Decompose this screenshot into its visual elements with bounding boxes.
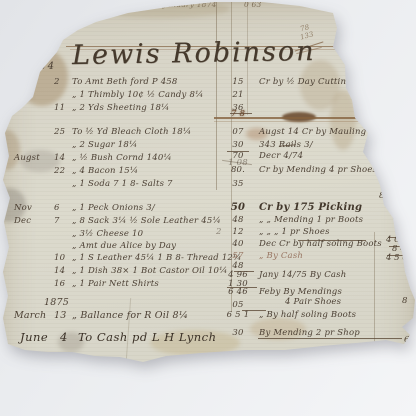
entry-month — [14, 104, 54, 113]
ledger-entry: Dec7„ 8 Sack 3¼ ½ Sole Leather 45¼ — [14, 217, 221, 226]
faint-top-note: To Ballance Recd January 1874 — [92, 1, 217, 9]
credit-description: „ By half soling Boots — [259, 311, 356, 320]
entry-day: 10 — [54, 254, 72, 263]
ledger-entry: „ 1 Thimbly 10¢ ½ Candy 8¼ — [14, 91, 204, 100]
ledger-entry: 14„ 1 Dish 38× 1 Bot Castor Oil 10¼ — [14, 267, 228, 276]
margin-amount: 2 — [408, 266, 413, 276]
entry-month — [14, 242, 54, 251]
entry-day: 6 — [54, 204, 72, 213]
margin-amount: 4 5 6 — [386, 253, 408, 263]
margin-amount: 35 — [397, 224, 408, 234]
ledger-year: 1874 — [28, 62, 54, 72]
entry-day: 14 — [54, 154, 72, 163]
entry-month: Augst — [14, 154, 54, 163]
entry-description: „ 1 Thimbly 10¢ ½ Candy 8¼ — [72, 91, 204, 100]
entry-description: „ 2 Yds Sheeting 18¼ — [72, 104, 170, 113]
margin-amount: 6 — [404, 335, 409, 345]
entry-description: „ 8 Sack 3¼ ½ Sole Leather 45¼ — [72, 217, 221, 226]
credit-entry: 6 5 1„ By half soling Boots — [221, 311, 356, 320]
credit-description: „ By Cash — [259, 252, 303, 261]
crease-line — [126, 298, 131, 360]
stain — [330, 90, 356, 150]
ledger-entry: 1875 — [14, 298, 102, 308]
credit-description: Jany 14/75 By Cash — [259, 271, 346, 280]
credit-amount: 21 — [221, 91, 255, 100]
entry-description: „ ½ Bush Cornd 140¼ — [72, 154, 172, 163]
credit-amount: 30 — [221, 141, 255, 150]
entry-day: 4 — [60, 332, 78, 344]
credit-entry: 07Augst 14 Cr by Mauling — [221, 128, 366, 137]
entry-month: 1875 — [44, 298, 84, 308]
credit-amount: 6 46 — [221, 288, 255, 297]
entry-day — [54, 180, 72, 189]
credit-amount: 12 — [221, 228, 255, 237]
credit-amount: 05 — [221, 301, 255, 310]
entry-description: „ 1 Dish 38× 1 Bot Castor Oil 10¼ — [72, 267, 228, 276]
credit-description: Decr 4/74 — [259, 152, 303, 161]
credit-amount: 35 — [221, 180, 255, 189]
entry-day: 16 — [54, 280, 72, 289]
entry-month: Nov — [14, 204, 54, 213]
entry-month — [14, 180, 54, 189]
credit-amount: 40 — [221, 240, 255, 249]
entry-day — [54, 141, 72, 150]
entry-month: June — [20, 332, 60, 344]
entry-description: „ 1 Pair Nett Shirts — [72, 280, 159, 289]
credit-amount: 15 — [221, 78, 255, 87]
faint-top-amount: 0 63 — [244, 1, 262, 9]
entry-month: Dec — [14, 217, 54, 226]
margin-amount: 35 — [393, 212, 404, 222]
entry-description: To Cash pd L H Lynch — [78, 332, 217, 344]
credit-entry: 57„ By Cash — [221, 252, 303, 261]
credit-entry: 21 — [221, 91, 259, 100]
ledger-entry: „ Amt due Alice by Day — [14, 242, 176, 251]
entry-day: 14 — [54, 267, 72, 276]
entry-day: 25 — [54, 128, 72, 137]
ledger-entry: „ 3½ Cheese 10 — [14, 230, 143, 239]
entry-day: 7 — [54, 217, 72, 226]
entry-month: March — [14, 311, 54, 321]
credit-amount: 48 — [221, 216, 255, 225]
entry-day — [84, 298, 102, 308]
credit-entry: 30343 Rails 3/ — [221, 141, 313, 150]
credit-description: „ „ Mending 1 pr Boots — [259, 216, 363, 225]
credit-entry: 7 8 — [221, 110, 259, 119]
column-rule — [216, 0, 217, 190]
entry-month — [14, 254, 54, 263]
entry-day: 11 — [54, 104, 72, 113]
credit-description: Dec Cr by half soling Boots — [259, 240, 382, 249]
photo-of-ledger: To Ballance Recd January 1874 0 63 78 13… — [0, 0, 416, 416]
credit-amount: 50 — [221, 203, 255, 213]
credit-entry: 50Cr by 175 Picking — [221, 203, 362, 213]
ledger-entry: „ 2 Sugar 18¼ — [14, 141, 137, 150]
credit-entry: 40Dec Cr by half soling Boots — [221, 240, 382, 249]
credit-description: 4 Pair Shoes — [285, 298, 341, 307]
entry-month: July — [14, 78, 54, 87]
entry-month — [14, 280, 54, 289]
credit-amount: 6 5 1 — [221, 311, 255, 320]
credit-description: 343 Rails 3/ — [259, 141, 313, 150]
entry-month — [14, 141, 54, 150]
entry-day — [54, 91, 72, 100]
entry-month — [14, 230, 54, 239]
ledger-entry: 16„ 1 Pair Nett Shirts — [14, 280, 159, 289]
credit-amount: 80. — [221, 166, 255, 175]
ledger-entry: „ 1 Soda 7 1 8- Salts 7 — [14, 180, 173, 189]
margin-amount: 2 — [216, 227, 221, 237]
torn-ledger-paper: To Ballance Recd January 1874 0 63 78 13… — [0, 0, 416, 416]
ledger-entry: 22„ 4 Bacon 15¼ — [14, 167, 138, 176]
entry-description: To Amt Beth ford P 458 — [72, 78, 178, 87]
margin-amount: 8 — [402, 296, 407, 306]
entry-month — [14, 167, 54, 176]
sum-underline — [396, 345, 415, 346]
credit-entry: 80.Cr by Mending 4 pr Shoes — [221, 166, 377, 175]
entry-day — [54, 230, 72, 239]
ledger-entry: June4To Cash pd L H Lynch — [14, 332, 217, 344]
entry-description: To ½ Yd Bleach Cloth 18¼ — [72, 128, 191, 137]
margin-amount: 1 — [384, 137, 389, 147]
credit-description: Cr by Mending 4 pr Shoes — [259, 166, 377, 175]
entry-day — [54, 242, 72, 251]
entry-day: 13 — [54, 311, 72, 321]
entry-day: 2 — [54, 78, 72, 87]
credit-entry: 35 — [221, 180, 259, 189]
entry-description: „ 1 Soda 7 1 8- Salts 7 — [72, 180, 173, 189]
entry-description: „ 4 Bacon 15¼ — [72, 167, 138, 176]
ledger-entry: March13„ Ballance for R Oil 8¼ — [14, 311, 188, 321]
entry-description: „ 3½ Cheese 10 — [72, 230, 143, 239]
credit-entry: 30By Mending 2 pr Shop — [221, 329, 360, 338]
account-holder-name: Lewis Robinson — [72, 38, 316, 69]
paper-shadow: To Ballance Recd January 1874 0 63 78 13… — [0, 0, 416, 416]
credit-description: „ „ „ 1 pr Shoes — [259, 228, 330, 237]
ledger-entry: July2To Amt Beth ford P 458 — [14, 78, 178, 87]
credit-entry: 15Cr by ½ Day Cutting wheat — [221, 78, 382, 87]
credit-description: Feby By Mendings — [259, 288, 342, 297]
ledger-entry: 11„ 2 Yds Sheeting 18¼ — [14, 104, 170, 113]
entry-month — [14, 267, 54, 276]
credit-description: By Mending 2 pr Shop — [259, 329, 360, 338]
entry-description: „ Ballance for R Oil 8¼ — [72, 311, 188, 321]
entry-day: 22 — [54, 167, 72, 176]
entry-month — [14, 91, 54, 100]
entry-month — [14, 128, 54, 137]
credit-entry: 6 46Feby By Mendings — [221, 288, 342, 297]
entry-description: „ 2 Sugar 18¼ — [72, 141, 137, 150]
ledger-entry: 25To ½ Yd Bleach Cloth 18¼ — [14, 128, 191, 137]
credit-amount: 07 — [221, 128, 255, 137]
margin-amount: 9 — [399, 158, 404, 168]
credit-entry: 05 — [221, 301, 259, 310]
entry-description: „ 1 Peck Onions 3/ — [72, 204, 155, 213]
credit-amount: 57 — [221, 252, 255, 261]
ledger-entry: Augst14„ ½ Bush Cornd 140¼ — [14, 154, 172, 163]
credit-description: Augst 14 Cr by Mauling — [259, 128, 366, 137]
sum-underline — [258, 338, 402, 339]
credit-entry: 12„ „ „ 1 pr Shoes — [221, 228, 330, 237]
credit-amount: 7 8 — [221, 110, 255, 119]
ledger-entry: 10„ 1 S Leather 45¼ 1 B 8- Thread 12¼ — [14, 254, 241, 263]
credit-description: Cr by ½ Day Cutting wheat — [259, 78, 382, 87]
credit-amount: 30 — [221, 329, 255, 338]
entry-description: „ 1 S Leather 45¼ 1 B 8- Thread 12¼ — [72, 254, 241, 263]
credit-entry: 48„ „ Mending 1 pr Boots — [221, 216, 363, 225]
margin-amount: 86 — [379, 191, 390, 201]
credit-description: Cr by 175 Picking — [259, 203, 362, 213]
entry-description: „ Amt due Alice by Day — [72, 242, 176, 251]
ruled-line — [214, 121, 378, 122]
ledger-entry: Nov6„ 1 Peck Onions 3/ — [14, 204, 155, 213]
